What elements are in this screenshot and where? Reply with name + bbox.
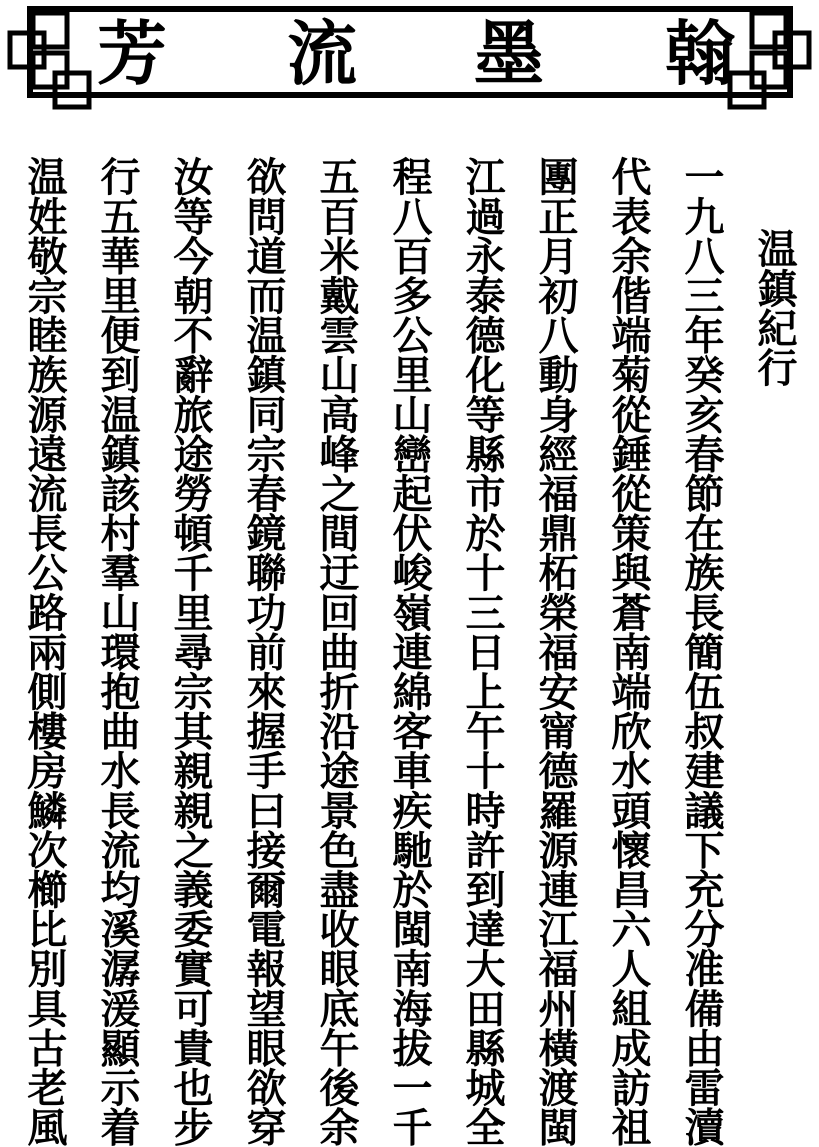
text-column-10: 温姓敬宗睦族源遠流長公路兩側樓房鱗次櫛比別具古老風	[8, 156, 81, 1147]
banner-char: 墨	[459, 10, 559, 102]
text-column-6: 五百米戴雲山高峰之間迂回曲折沿途景色盡收眼底午後余	[300, 156, 373, 1147]
banner-title: 芳 流 墨 翰	[0, 0, 819, 110]
text-column-3: 團正月初八動身經福鼎柘榮福安甯德羅源連江福州橫渡閩	[519, 156, 592, 1147]
banner: 芳 流 墨 翰	[0, 0, 819, 125]
text-column-5: 程八百多公里山巒起伏峻嶺連綿客車疾馳於閩南海拔一千	[373, 156, 446, 1147]
banner-char: 芳	[82, 10, 182, 102]
text-column-8: 汝等今朝不辭旅途勞頓千里尋宗其親親之義委實可貴也步	[154, 156, 227, 1147]
document-page: 芳 流 墨 翰 温鎮紀行 一九八三年癸亥春節在族長簡伍叔建議下充分准備由雷瀆 代…	[0, 0, 819, 1147]
text-column-1: 一九八三年癸亥春節在族長簡伍叔建議下充分准備由雷瀆	[665, 156, 738, 1147]
text-body: 温鎮紀行 一九八三年癸亥春節在族長簡伍叔建議下充分准備由雷瀆 代表余偕端菊從錘從…	[7, 156, 811, 1147]
text-column-2: 代表余偕端菊從錘從策與蒼南端欣水頭懷昌六人組成訪祖	[592, 156, 665, 1147]
text-column-7: 欲問道而温鎮同宗春鏡聯功前來握手曰接爾電報望眼欲穿	[227, 156, 300, 1147]
text-column-4: 江過永泰德化等縣市於十三日上午十時許到達大田縣城全	[446, 156, 519, 1147]
banner-char: 翰	[650, 10, 750, 102]
banner-char: 流	[272, 10, 372, 102]
text-column-9: 行五華里便到温鎮該村羣山環抱曲水長流均溪潺湲顯示着	[81, 156, 154, 1147]
document-title: 温鎮紀行	[738, 156, 811, 1147]
